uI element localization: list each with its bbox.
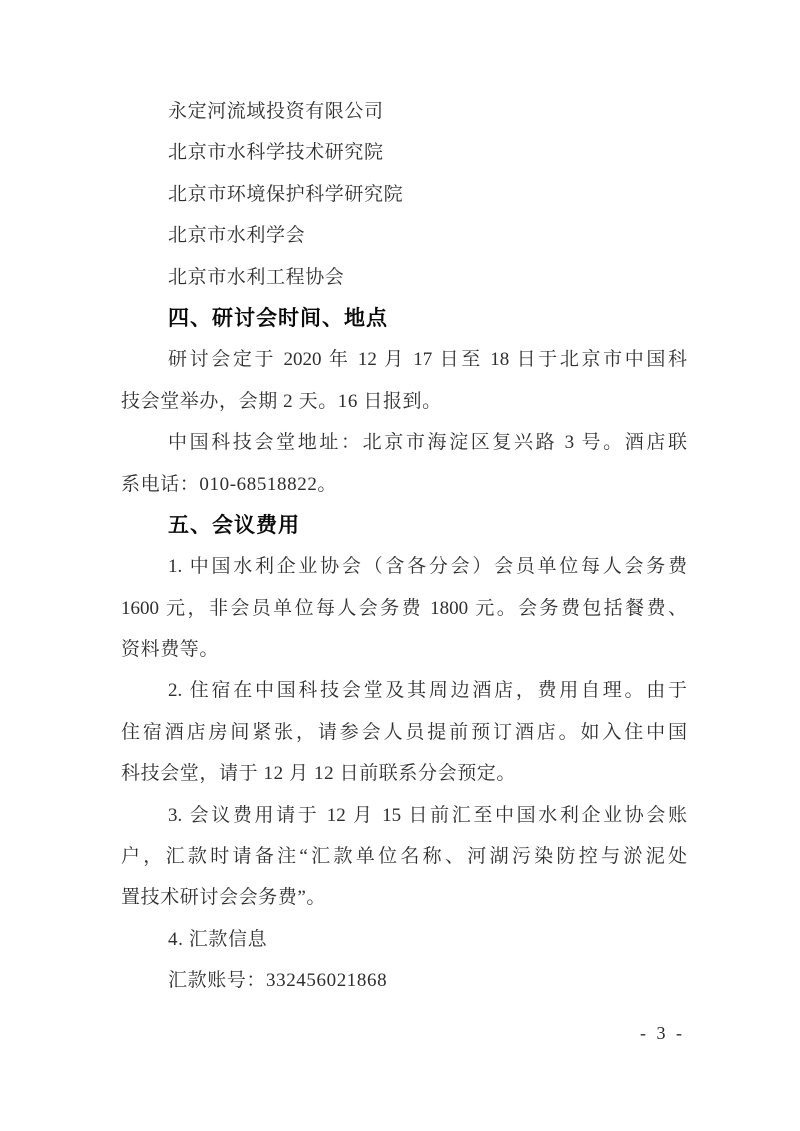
document-body: 永定河流域投资有限公司 北京市水科学技术研究院 北京市环境保护科学研究院 北京市… — [121, 91, 687, 1002]
fee-item1-line-3: 资料费等。 — [121, 629, 687, 670]
fee-item1-line-2: 1600 元，非会员单位每人会务费 1800 元。会务费包括餐费、 — [121, 588, 687, 629]
page-number: - 3 - — [640, 1021, 685, 1045]
fee-item3-line-2: 户，汇款时请备注“汇款单位名称、河湖污染防控与淤泥处 — [121, 836, 687, 877]
org-item-5: 北京市水利工程协会 — [121, 257, 687, 298]
para-schedule-line-2: 技会堂举办，会期 2 天。16 日报到。 — [121, 381, 687, 422]
para-venue-line-2: 系电话：010-68518822。 — [121, 464, 687, 505]
fee-item1-line-1: 1. 中国水利企业协会（含各分会）会员单位每人会务费 — [121, 546, 687, 587]
org-item-1: 永定河流域投资有限公司 — [121, 91, 687, 132]
fee-item3-line-3: 置技术研讨会会务费”。 — [121, 877, 687, 918]
fee-item2-line-3: 科技会堂，请于 12 月 12 日前联系分会预定。 — [121, 753, 687, 794]
section-heading-time-place: 四、研讨会时间、地点 — [121, 298, 687, 339]
fee-item4-remittance-info-label: 4. 汇款信息 — [121, 919, 687, 960]
fee-item2-line-2: 住宿酒店房间紧张，请参会人员提前预订酒店。如入住中国 — [121, 712, 687, 753]
section-heading-fees: 五、会议费用 — [121, 505, 687, 546]
fee-item3-line-1: 3. 会议费用请于 12 月 15 日前汇至中国水利企业协会账 — [121, 795, 687, 836]
para-venue-line-1: 中国科技会堂地址：北京市海淀区复兴路 3 号。酒店联 — [121, 422, 687, 463]
fee-item2-line-1: 2. 住宿在中国科技会堂及其周边酒店，费用自理。由于 — [121, 670, 687, 711]
org-item-3: 北京市环境保护科学研究院 — [121, 174, 687, 215]
document-page: 永定河流域投资有限公司 北京市水科学技术研究院 北京市环境保护科学研究院 北京市… — [0, 0, 800, 1131]
org-item-2: 北京市水科学技术研究院 — [121, 132, 687, 173]
org-item-4: 北京市水利学会 — [121, 215, 687, 256]
fee-item4-remittance-account: 汇款账号：332456021868 — [121, 960, 687, 1001]
para-schedule-line-1: 研讨会定于 2020 年 12 月 17 日至 18 日于北京市中国科 — [121, 339, 687, 380]
